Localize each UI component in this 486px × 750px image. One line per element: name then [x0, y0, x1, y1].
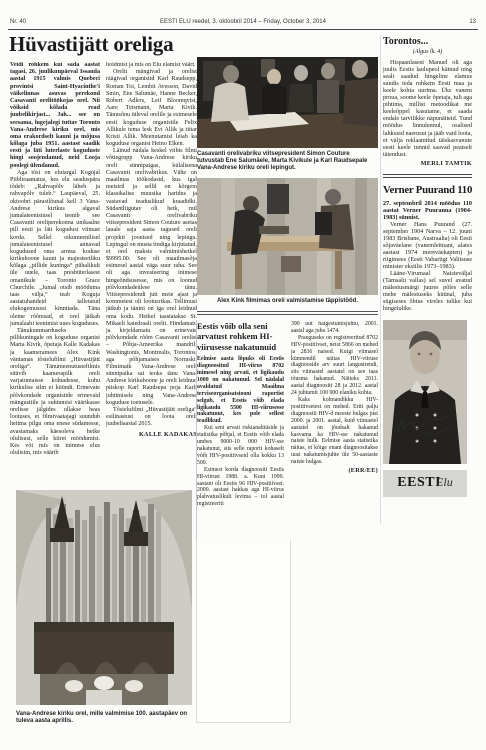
- logo-word-elu: Elu: [436, 479, 453, 486]
- organ-paragraph: Tõsielufilmi „Hüvastijätt oreliga“ esili…: [106, 407, 197, 429]
- portrait-image: [383, 320, 467, 464]
- header-rule: [8, 29, 478, 30]
- hiv-byline: (ERR/EE): [291, 468, 378, 475]
- contract-table-photo: [197, 57, 378, 148]
- column-double-rule: [383, 174, 472, 178]
- organ-paragraph: Läinud nädala keskel viibis filmi võtteg…: [106, 148, 197, 407]
- hiv-paragraph: Kui seni arvati riskianalüüside ja stati…: [197, 425, 284, 466]
- workshop-photo: [197, 178, 378, 295]
- center-column: Casavanti orelivabriku viitsepresident S…: [197, 57, 378, 537]
- organ-lead-paragraph: Veidi rohkem kui sada aastat tagasi, 26.…: [10, 62, 100, 170]
- puurand-portrait-photo: [383, 320, 467, 464]
- hiv-article: Eestis võib olla seni arvatust rohkem HI…: [197, 321, 378, 537]
- toronto-continuation-note: (Algus lk. 4): [383, 49, 472, 56]
- page-number: 13: [469, 19, 476, 25]
- headline-organ-article: Hüvastijätt oreliga: [9, 33, 173, 55]
- organ-image: [16, 490, 192, 705]
- headline-hiv-article: Eestis võib olla seni arvatust rohkem HI…: [197, 321, 284, 352]
- section-double-rule: [197, 311, 378, 315]
- logo-word-eesti: EESTI: [397, 479, 441, 486]
- organ-photo: [16, 490, 192, 705]
- eesti-elu-logo: EESTI Elu: [383, 470, 467, 497]
- headline-toronto-article: Torontos...: [383, 36, 472, 47]
- workshop-caption: Alex Kink filmimas oreli valmistamise tä…: [197, 298, 378, 305]
- hiv-paragraph: 390 uut haigestumisjuhtu, 2001. aastal a…: [291, 321, 378, 335]
- column-divider-rule: [380, 35, 381, 524]
- organ-byline: KALLE KADAKAS: [106, 431, 197, 438]
- header-dateline: EESTI ELU reedel, 3. oktoobril 2014 – Fr…: [0, 19, 486, 25]
- puurand-paragraph: Verner Hans Puurand (27. september 1904 …: [383, 221, 472, 270]
- puurand-lead-paragraph: 27. septembril 2014 möödus 110 aastat Ve…: [383, 200, 472, 221]
- hiv-article-column-2: 390 uut haigestumisjuhtu, 2001. aastal a…: [291, 321, 378, 537]
- hiv-box-left-rule: [196, 320, 197, 540]
- headline-puurand-article: Verner Puurand 110: [383, 184, 472, 196]
- organ-article-column-2: hoidmist ja mis on Elu elamist väärt. Or…: [106, 62, 197, 490]
- hiv-paragraph: Praeguseks on registreeritud 8702 HIV-po…: [291, 335, 378, 397]
- organ-paragraph: Aga tõsi on elutargal Kogujal Piibliraam…: [10, 170, 100, 328]
- organ-article-column-1: Veidi rohkem kui sada aastat tagasi, 26.…: [10, 62, 100, 490]
- hiv-lead-paragraph: Eelmise aasta lõpuks oli Eestis diagnoos…: [197, 356, 284, 425]
- organ-paragraph: Tänukummarduseks pillikuningale on kogud…: [10, 328, 100, 457]
- empty-region-box: [196, 540, 291, 723]
- puurand-paragraph: Lääne-Virumaal Naisteväljal (Tamsalu val…: [383, 270, 472, 312]
- hiv-article-column-1: Eestis võib olla seni arvatust rohkem HI…: [197, 321, 284, 537]
- organ-paragraph: hoidmist ja mis on Elu elamist väärt.: [106, 62, 197, 69]
- right-column: Torontos... (Algus lk. 4) Hispaanlasest …: [383, 36, 472, 497]
- organ-photo-caption: Vana-Andrese kiriku orel, mille valmimis…: [16, 711, 192, 725]
- toronto-paragraph: Hispaanlasest Manuel oli aga juulis Eest…: [383, 59, 472, 158]
- hiv-paragraph: Kaks kolmandikku HIV-positiivsetest on m…: [291, 397, 378, 466]
- contract-table-caption: Casavanti orelivabriku viitsepresident S…: [197, 151, 378, 172]
- toronto-byline: MERLI TAMTIK: [383, 160, 472, 167]
- newspaper-page: Nr. 40 EESTI ELU reedel, 3. oktoobril 20…: [0, 0, 486, 750]
- organ-paragraph: Orelit mängivad ja orelist räägivad orga…: [106, 69, 197, 148]
- hiv-paragraph: Esimest korda diagnoositi Eestis HI-viir…: [197, 467, 284, 508]
